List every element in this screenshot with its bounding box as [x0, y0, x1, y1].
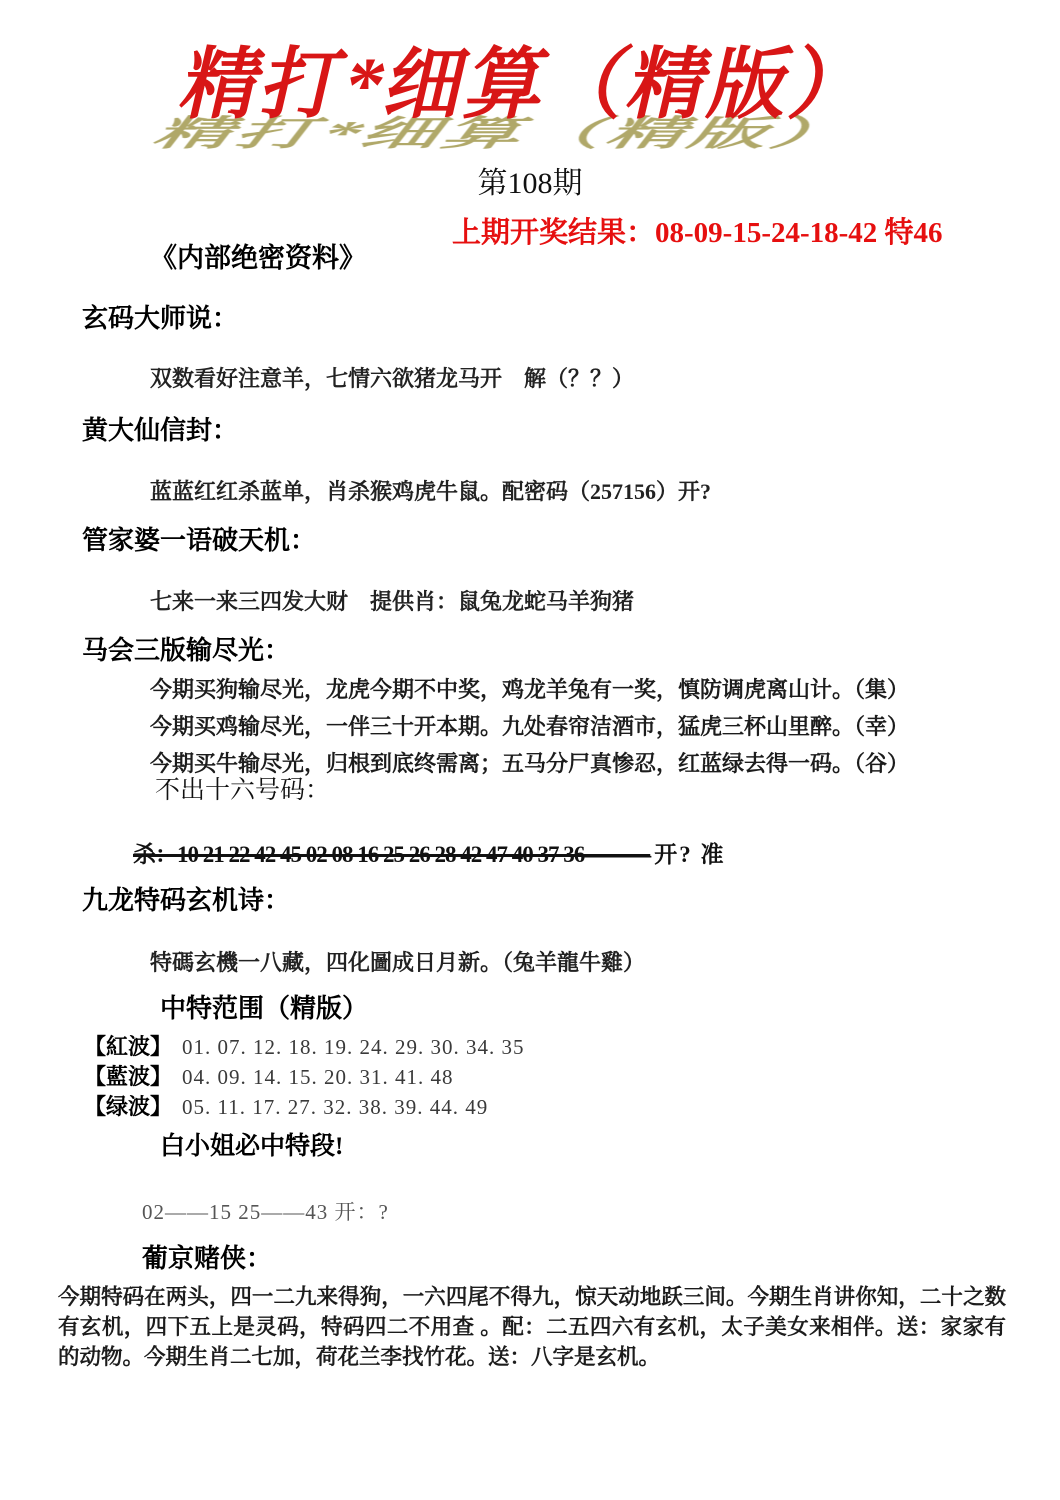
wave-row-red: 【紅波】01. 07. 12. 18. 19. 24. 29. 30. 34. … [84, 1032, 525, 1062]
killed-numbers-open-mark: 开? 准 [654, 842, 725, 867]
wave-label-green: 【绿波】 [84, 1094, 172, 1119]
wave-number-list: 【紅波】01. 07. 12. 18. 19. 24. 29. 30. 34. … [84, 1032, 525, 1122]
section-heading-mahui: 马会三版输尽光： [82, 630, 290, 667]
section-heading-pujing: 葡京赌侠： [142, 1238, 272, 1275]
section-heading-buchu: 不出十六号码： [155, 770, 330, 806]
previous-draw-result: 上期开奖结果：08-09-15-24-18-42 特46 [452, 210, 943, 251]
killed-numbers-struck-text: 杀：10 21 22 42 45 02 08 16 25 26 28 42 47… [133, 842, 650, 867]
section-heading-zhongte: 中特范围（精版） [160, 988, 368, 1025]
section-heading-xuanma: 玄码大师说： [82, 298, 238, 335]
wave-row-green: 【绿波】05. 11. 17. 27. 32. 38. 39. 44. 49 [84, 1092, 525, 1122]
killed-numbers-line: 杀：10 21 22 42 45 02 08 16 25 26 28 42 47… [133, 836, 726, 869]
wave-label-red: 【紅波】 [84, 1034, 172, 1059]
section-heading-baixiaojie: 白小姐必中特段! [160, 1126, 343, 1162]
section-content-jiulong: 特碼玄機一八藏，四化圖成日月新。（兔羊龍牛雞） [150, 946, 645, 977]
section-content-guanjiapo: 七来一来三四发大财 提供肖：鼠兔龙蛇马羊狗猪 [150, 585, 634, 616]
masthead-title: 精打*细算（精版） 精打*细算（精版） [0, 22, 1060, 172]
section-heading-jiulong: 九龙特码玄机诗： [82, 880, 290, 917]
wave-numbers-blue: 04. 09. 14. 15. 20. 31. 41. 48 [182, 1065, 454, 1089]
wave-numbers-green: 05. 11. 17. 27. 32. 38. 39. 44. 49 [182, 1095, 488, 1119]
masthead-title-text: 精打*细算（精版） [172, 22, 888, 134]
section-content-baixiaojie: 02——15 25——43 开：? [142, 1196, 389, 1226]
section-content-huangdaxian: 蓝蓝红红杀蓝单，肖杀猴鸡虎牛鼠。配密码（257156）开? [150, 475, 711, 506]
pujing-verse-paragraph: 今期特码在两头，四一二九来得狗，一六四尾不得九，惊天动地跃三间。今期生肖讲你知，… [58, 1282, 1006, 1372]
mahui-line-1: 今期买狗输尽光，龙虎今期不中奖，鸡龙羊兔有一奖，慎防调虎离山计。（集） [150, 671, 909, 708]
section-content-xuanma: 双数看好注意羊，七情六欲猪龙马开 解（？？） [150, 362, 634, 393]
mahui-line-2: 今期买鸡输尽光，一伴三十开本期。九处春帘洁酒市，猛虎三杯山里醉。（幸） [150, 708, 909, 745]
section-heading-huangdaxian: 黄大仙信封： [82, 410, 238, 447]
wave-numbers-red: 01. 07. 12. 18. 19. 24. 29. 30. 34. 35 [182, 1035, 525, 1059]
secret-material-label: 《内部绝密资料》 [150, 236, 366, 275]
mahui-verse-lines: 今期买狗输尽光，龙虎今期不中奖，鸡龙羊兔有一奖，慎防调虎离山计。（集） 今期买鸡… [150, 671, 909, 782]
wave-label-blue: 【藍波】 [84, 1064, 172, 1089]
issue-number: 第108期 [0, 158, 1060, 202]
lottery-tip-sheet-page: 精打*细算（精版） 精打*细算（精版） 第108期 上期开奖结果：08-09-1… [0, 0, 1060, 1500]
section-heading-guanjiapo: 管家婆一语破天机： [82, 520, 316, 557]
wave-row-blue: 【藍波】04. 09. 14. 15. 20. 31. 41. 48 [84, 1062, 525, 1092]
